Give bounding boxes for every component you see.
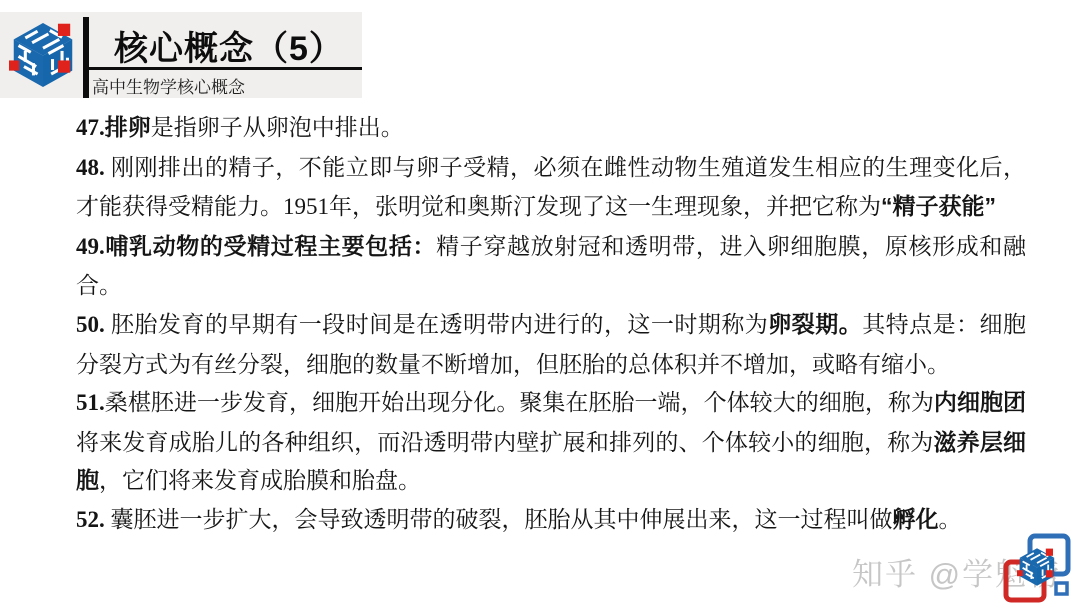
page-title: 核心概念（5） bbox=[114, 21, 360, 70]
mini-cube-icon bbox=[1017, 548, 1054, 586]
header-vertical-divider bbox=[83, 17, 89, 98]
concept-text: 年，张明觉和奥斯汀发现了这一生理现象，并把它称为 bbox=[329, 193, 881, 219]
concept-list: 47.排卵是指卵子从卵泡中排出。48. 刚刚排出的精子，不能立即与卵子受精，必须… bbox=[76, 108, 1026, 540]
concept-term: 50. bbox=[76, 312, 111, 337]
concept-item: 50. 胚胎发育的早期有一段时间是在透明带内进行的，这一时期称为卵裂期。其特点是… bbox=[76, 305, 1026, 383]
concept-text: 。 bbox=[939, 506, 962, 532]
maze-cube-logo-icon bbox=[9, 21, 77, 89]
concept-text: 1951 bbox=[283, 194, 329, 219]
concept-text: 将来发育成胎儿的各种组织，而沿透明带内壁扩展和排列的、个体较小的细胞，称为 bbox=[76, 429, 933, 455]
concept-term: 49. bbox=[76, 234, 105, 259]
concept-term: 47. bbox=[76, 115, 105, 140]
concept-item: 47.排卵是指卵子从卵泡中排出。 bbox=[76, 108, 1026, 148]
concept-term: “精子获能” bbox=[881, 193, 996, 219]
concept-term: 内细胞团 bbox=[934, 389, 1026, 415]
concept-text: ，它们将来发育成胎膜和胎盘。 bbox=[99, 467, 421, 493]
concept-text: 囊胚进一步扩大，会导致透明带的破裂，胚胎从其中伸展出来，这一过程叫做 bbox=[111, 506, 893, 532]
concept-term: 52. bbox=[76, 507, 111, 532]
concept-item: 52. 囊胚进一步扩大，会导致透明带的破裂，胚胎从其中伸展出来，这一过程叫做孵化… bbox=[76, 500, 1026, 540]
concept-term: 孵化 bbox=[893, 506, 939, 532]
header-horizontal-divider bbox=[89, 67, 362, 70]
small-square-icon bbox=[1056, 583, 1067, 594]
page-subtitle: 高中生物学核心概念 bbox=[92, 73, 245, 98]
corner-logo bbox=[998, 530, 1074, 606]
concept-term: 48. bbox=[76, 155, 111, 180]
header: 核心概念（5） 高中生物学核心概念 bbox=[0, 12, 362, 98]
concept-text: 是指卵子从卵泡中排出。 bbox=[151, 114, 404, 140]
concept-term: 51. bbox=[76, 390, 105, 415]
concept-item: 48. 刚刚排出的精子，不能立即与卵子受精，必须在雌性动物生殖道发生相应的生理变… bbox=[76, 148, 1026, 227]
concept-term: 排卵 bbox=[105, 114, 151, 140]
concept-item: 49.哺乳动物的受精过程主要包括：精子穿越放射冠和透明带，进入卵细胞膜，原核形成… bbox=[76, 227, 1026, 305]
concept-term: 卵裂期。 bbox=[768, 311, 862, 337]
cube-icon bbox=[9, 21, 77, 89]
concept-item: 51.桑椹胚进一步发育，细胞开始出现分化。聚集在胚胎一端，个体较大的细胞，称为内… bbox=[76, 383, 1026, 500]
slide: 核心概念（5） 高中生物学核心概念 47.排卵是指卵子从卵泡中排出。48. 刚刚… bbox=[0, 0, 1080, 608]
concept-text: 胚胎发育的早期有一段时间是在透明带内进行的，这一时期称为 bbox=[111, 311, 768, 337]
concept-term: 哺乳动物的受精过程主要包括： bbox=[105, 233, 436, 259]
concept-text: 桑椹胚进一步发育，细胞开始出现分化。聚集在胚胎一端，个体较大的细胞，称为 bbox=[105, 389, 934, 415]
